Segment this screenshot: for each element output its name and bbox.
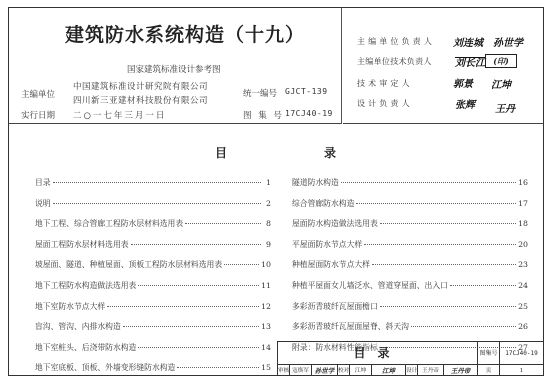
toc-item[interactable]: 地下室桩头、后浇带防水构造14 — [35, 342, 271, 363]
atlas-subtitle: 国家建筑标准设计参考图 — [127, 63, 221, 75]
page-number: 1 — [500, 365, 543, 375]
toc-item[interactable]: 地下工程防水构造做法选用表11 — [35, 280, 271, 301]
review-label: 审核 — [278, 365, 290, 375]
signature: 刘连城 — [453, 34, 483, 49]
unified-code: GJCT-139 — [285, 87, 328, 96]
toc-item[interactable]: 屋面工程防水层材料选用表9 — [35, 239, 271, 260]
toc-title-right: 录 — [324, 144, 336, 161]
drawing-frame: 建筑防水系统构造（十九） 国家建筑标准设计参考图 主编单位 中国建筑标准设计研究… — [8, 7, 544, 376]
unified-code-label: 统一编号 — [243, 87, 277, 99]
toc-item[interactable]: 隧道防水构造16 — [292, 177, 528, 198]
title-block: 目录 图集号 17CJ40-19 审核 寇焕军 孙世学 校对 江坤 江坤 设计 … — [277, 341, 543, 375]
check-label: 校对 — [338, 365, 350, 375]
toc-item[interactable]: 坡屋面、隧道、种植屋面、顶板工程防水层材料选用表10 — [35, 259, 271, 280]
effective-date-label: 实行日期 — [21, 109, 55, 121]
toc-item[interactable]: 种植平屋面女儿墙泛水、管道穿屋面、出入口24 — [292, 280, 528, 301]
toc-item[interactable]: 目录1 — [35, 177, 271, 198]
atlas-no-label: 图 集 号 — [243, 109, 284, 121]
resp-label-design: 设 计 负 责 人 — [357, 98, 410, 109]
sheet-title: 目录 — [278, 342, 478, 365]
toc-item[interactable]: 平屋面防水节点大样20 — [292, 239, 528, 260]
cover-header: 建筑防水系统构造（十九） 国家建筑标准设计参考图 主编单位 中国建筑标准设计研究… — [9, 8, 342, 124]
check-name: 江坤 — [350, 365, 372, 375]
signature: 刘长江 — [455, 54, 485, 69]
title-block-row-1: 目录 图集号 17CJ40-19 — [278, 342, 543, 365]
seal-stamp: (印) — [485, 54, 517, 68]
resp-label-chief: 主 编 单 位 负 责 人 — [357, 36, 432, 47]
toc-item[interactable]: 种植屋面防水节点大样23 — [292, 259, 528, 280]
toc-item[interactable]: 地下室底板、顶板、外墙变形缝防水构造15 — [35, 362, 271, 383]
editor-unit-2: 四川新三亚建材科技股份有限公司 — [73, 94, 208, 106]
effective-date: 二○一七年三月一日 — [73, 109, 166, 121]
signature: 王丹 — [495, 100, 515, 115]
signature: 孙世学 — [493, 34, 523, 49]
responsibility-block: 主 编 单 位 负 责 人 刘连城 孙世学 主编单位技术负责人 刘长江 (印) … — [343, 8, 543, 124]
toc-left-column: 目录1 说明2 地下工程、综合管廊工程防水层材料选用表8 屋面工程防水层材料选用… — [35, 177, 271, 383]
atlas-no-label: 图集号 — [478, 342, 500, 365]
toc-item[interactable]: 说明2 — [35, 198, 271, 219]
page-label: 页 — [478, 365, 500, 375]
signature: 江坤 — [491, 76, 511, 91]
toc-item[interactable]: 地下室防水节点大样12 — [35, 301, 271, 322]
toc-item[interactable]: 地下工程、综合管廊工程防水层材料选用表8 — [35, 218, 271, 239]
resp-label-tech: 主编单位技术负责人 — [357, 56, 432, 67]
design-label: 设计 — [406, 365, 418, 375]
resp-label-review: 技 术 审 定 人 — [357, 78, 410, 89]
toc-title-left: 目 — [215, 144, 227, 161]
signature: 张辉 — [455, 96, 475, 111]
review-signature: 孙世学 — [312, 365, 338, 375]
toc-item[interactable]: 盲沟、管沟、内排水构造13 — [35, 321, 271, 342]
toc-item[interactable]: 综合管廊防水构造17 — [292, 198, 528, 219]
toc-item[interactable]: 多彩沥青玻纤瓦屋面檐口25 — [292, 301, 528, 322]
check-signature: 江坤 — [372, 365, 406, 375]
toc-item[interactable]: 多彩沥青玻纤瓦屋面屋脊、斜天沟26 — [292, 321, 528, 342]
editor-label: 主编单位 — [21, 88, 55, 100]
signature: 郭景 — [453, 75, 473, 90]
review-name: 寇焕军 — [290, 365, 312, 375]
editor-unit-1: 中国建筑标准设计研究院有限公司 — [73, 80, 208, 92]
title-block-row-2: 审核 寇焕军 孙世学 校对 江坤 江坤 设计 王丹帝 王丹帝 页 1 — [278, 365, 543, 375]
toc-right-column: 隧道防水构造16 综合管廊防水构造17 屋面防水构造做法选用表18 平屋面防水节… — [292, 177, 528, 362]
design-signature: 王丹帝 — [444, 365, 478, 375]
design-name: 王丹帝 — [418, 365, 444, 375]
atlas-title: 建筑防水系统构造（十九） — [65, 20, 305, 47]
atlas-no: 17CJ40-19 — [500, 342, 543, 365]
atlas-no: 17CJ40-19 — [285, 109, 333, 118]
toc-item[interactable]: 屋面防水构造做法选用表18 — [292, 218, 528, 239]
